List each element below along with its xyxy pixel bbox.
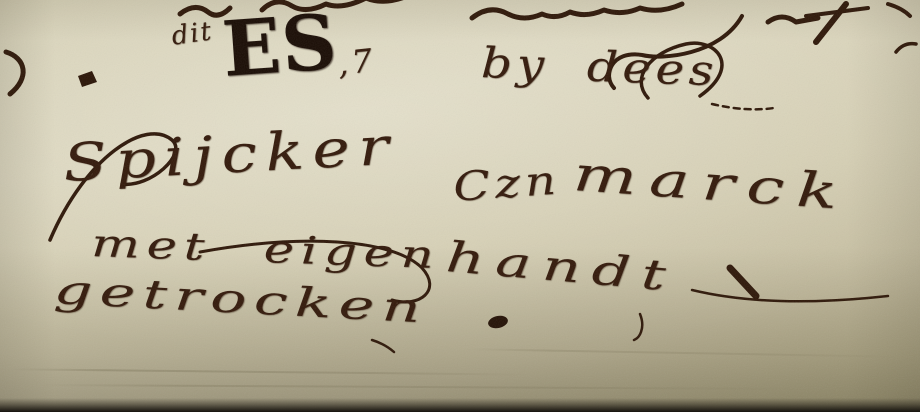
word-by-dees: by dees: [481, 42, 719, 92]
ink-tick: [634, 314, 642, 340]
word-marck: marck: [572, 150, 852, 217]
paper-crease: [10, 368, 530, 375]
word-handt: handt: [444, 236, 678, 298]
word-tail-flourish: [730, 268, 756, 296]
ink-tick: [372, 340, 394, 352]
cropped-text-fragment: [896, 44, 916, 52]
word-spijcker: Spijcker: [62, 121, 398, 190]
word-met-eigen: met eigen: [91, 224, 442, 274]
ink-blot: [487, 314, 509, 330]
manuscript-photo: dit ES ,7 by dees Spijcker Czn marck met…: [0, 0, 920, 412]
margin-stroke: [6, 52, 23, 94]
monogram-suffix: ,7: [336, 44, 378, 80]
paper-crease: [40, 384, 800, 390]
monogram-es: ES: [220, 4, 340, 88]
cropped-text-fragment: [816, 4, 846, 42]
word-dit: dit: [170, 18, 215, 50]
cropped-text-fragment: [768, 17, 818, 22]
cropped-text-fragment: [806, 8, 868, 16]
cropped-text-fragment: [472, 4, 682, 18]
photo-bottom-edge-shadow: [0, 398, 920, 412]
word-getrocken: getrocken: [53, 270, 429, 330]
word-tail-flourish: [692, 290, 888, 301]
cropped-text-fragment: [888, 4, 910, 16]
ink-dot: [78, 71, 97, 87]
word-czn: Czn: [452, 161, 562, 208]
paper-crease: [470, 348, 900, 358]
word-tail-flourish: [712, 104, 774, 109]
